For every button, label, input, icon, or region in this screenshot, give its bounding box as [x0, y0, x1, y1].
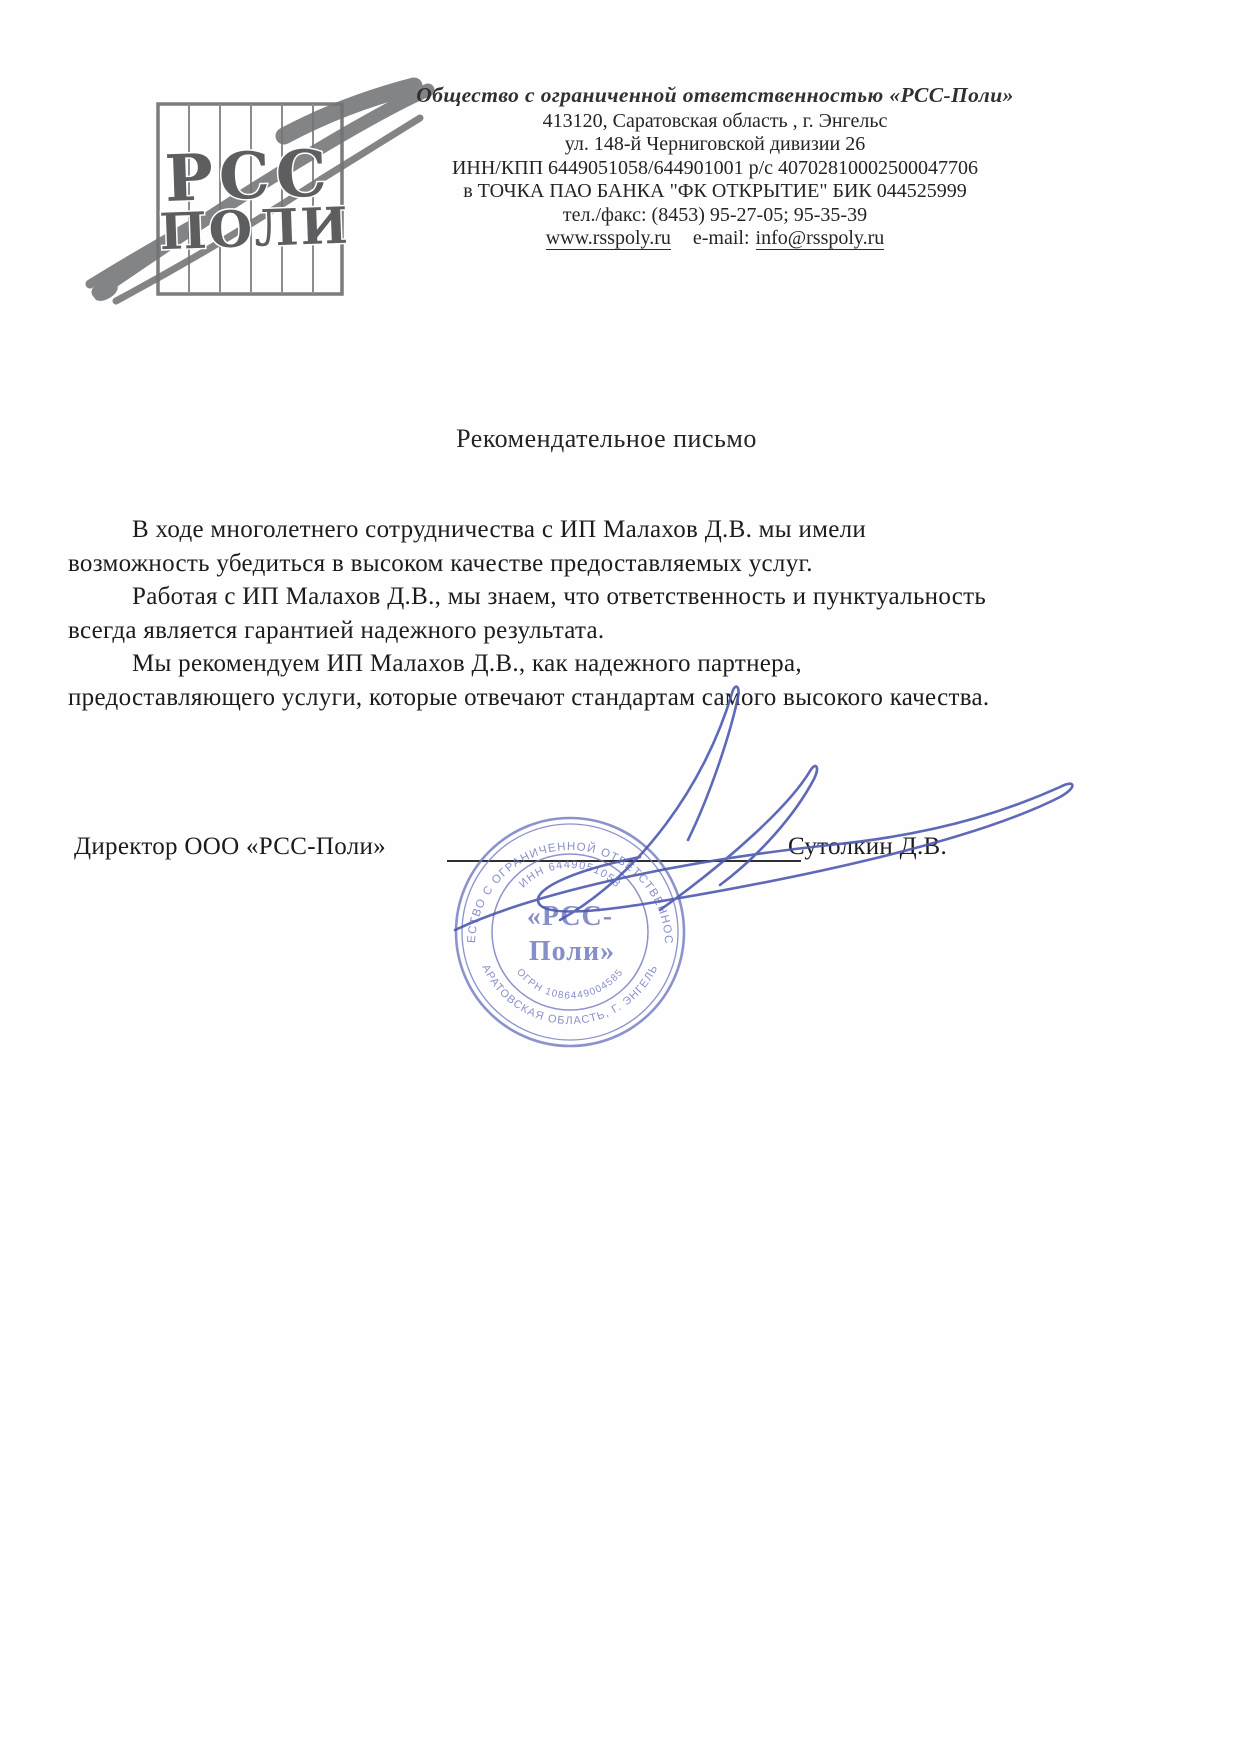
scanned-letter-page: РСС ПОЛИ Общество с ограниченной ответст…	[0, 0, 1241, 1754]
paragraph-line: Работая с ИП Малахов Д.В., мы знаем, что…	[68, 580, 1178, 614]
email-label: e-mail:	[693, 227, 750, 249]
logo-text-line2: ПОЛИ	[158, 196, 350, 262]
paragraph-line: всегда является гарантией надежного резу…	[68, 614, 1178, 648]
handwritten-signature	[410, 675, 1090, 955]
requisites-line: ИНН/КПП 6449051058/644901001 р/с 4070281…	[398, 157, 1032, 181]
company-logo: РСС ПОЛИ	[82, 52, 447, 307]
paragraph-line: В ходе многолетнего сотрудничества с ИП …	[68, 513, 1178, 547]
bank-line: в ТОЧКА ПАО БАНКА "ФК ОТКРЫТИЕ" БИК 0445…	[398, 180, 1032, 204]
phone-line: тел./факс: (8453) 95-27-05; 95-35-39	[398, 204, 1032, 228]
letterhead: Общество с ограниченной ответственностью…	[398, 84, 1032, 251]
logo-wordmark: РСС ПОЛИ	[156, 136, 350, 262]
web-email-line: www.rsspoly.rue-mail:info@rsspoly.ru	[398, 227, 1032, 251]
signature-stroke	[455, 784, 1072, 930]
stamp-ogrn-text: ОГРН 1086449004585	[514, 967, 626, 1002]
letter-title: Рекомендательное письмо	[0, 424, 1213, 454]
website-link: www.rsspoly.ru	[546, 227, 671, 250]
signature-role: Директор ООО «РСС-Поли»	[74, 833, 386, 861]
company-name: Общество с ограниченной ответственностью…	[398, 84, 1032, 108]
address-line-2: ул. 148-й Черниговской дивизии 26	[398, 133, 1032, 157]
email-link: info@rsspoly.ru	[756, 227, 885, 250]
paragraph-line: возможность убедиться в высоком качестве…	[68, 547, 1178, 581]
address-line-1: 413120, Саратовская область , г. Энгельс	[398, 110, 1032, 134]
